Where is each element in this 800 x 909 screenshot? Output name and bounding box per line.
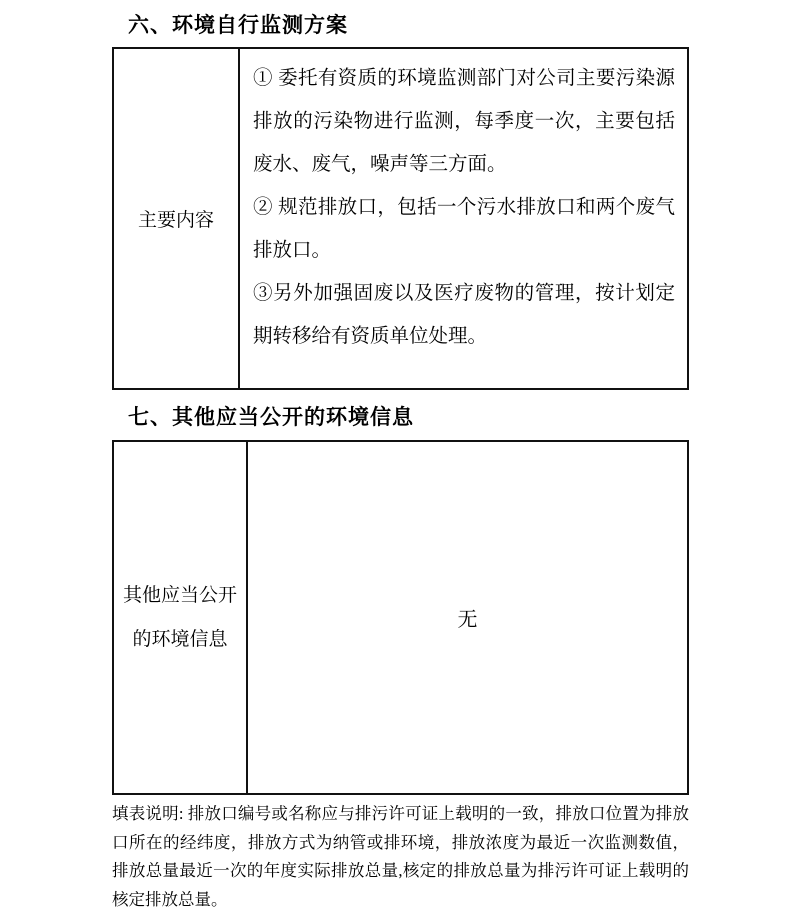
other-info-table: 其他应当公开 的环境信息 无: [112, 440, 689, 795]
other-info-value-cell: 无: [248, 442, 687, 793]
document-page: 六、环境自行监测方案 主要内容 ① 委托有资质的环境监测部门对公司主要污染源排放…: [0, 0, 800, 909]
monitoring-item-3: ③另外加强固废以及医疗废物的管理，按计划定期转移给有资质单位处理。: [253, 272, 675, 358]
section-6-heading: 六、环境自行监测方案: [112, 9, 689, 39]
other-info-row-label: 其他应当公开 的环境信息: [123, 574, 237, 662]
monitoring-content-cell: ① 委托有资质的环境监测部门对公司主要污染源排放的污染物进行监测，每季度一次，主…: [240, 49, 687, 388]
monitoring-item-2: ② 规范排放口，包括一个污水排放口和两个废气排放口。: [253, 186, 675, 272]
monitoring-table: 主要内容 ① 委托有资质的环境监测部门对公司主要污染源排放的污染物进行监测，每季…: [112, 47, 689, 390]
monitoring-row-label-cell: 主要内容: [114, 49, 240, 388]
section-7-heading: 七、其他应当公开的环境信息: [112, 401, 689, 431]
other-info-value: 无: [458, 603, 478, 632]
form-notes: 填表说明: 排放口编号或名称应与排污许可证上载明的一致，排放口位置为排放口所在的…: [112, 800, 689, 909]
other-info-row-label-cell: 其他应当公开 的环境信息: [114, 442, 248, 793]
monitoring-row-label: 主要内容: [138, 205, 214, 232]
monitoring-item-1: ① 委托有资质的环境监测部门对公司主要污染源排放的污染物进行监测，每季度一次，主…: [253, 57, 675, 186]
document-content: 六、环境自行监测方案 主要内容 ① 委托有资质的环境监测部门对公司主要污染源排放…: [112, 0, 689, 909]
